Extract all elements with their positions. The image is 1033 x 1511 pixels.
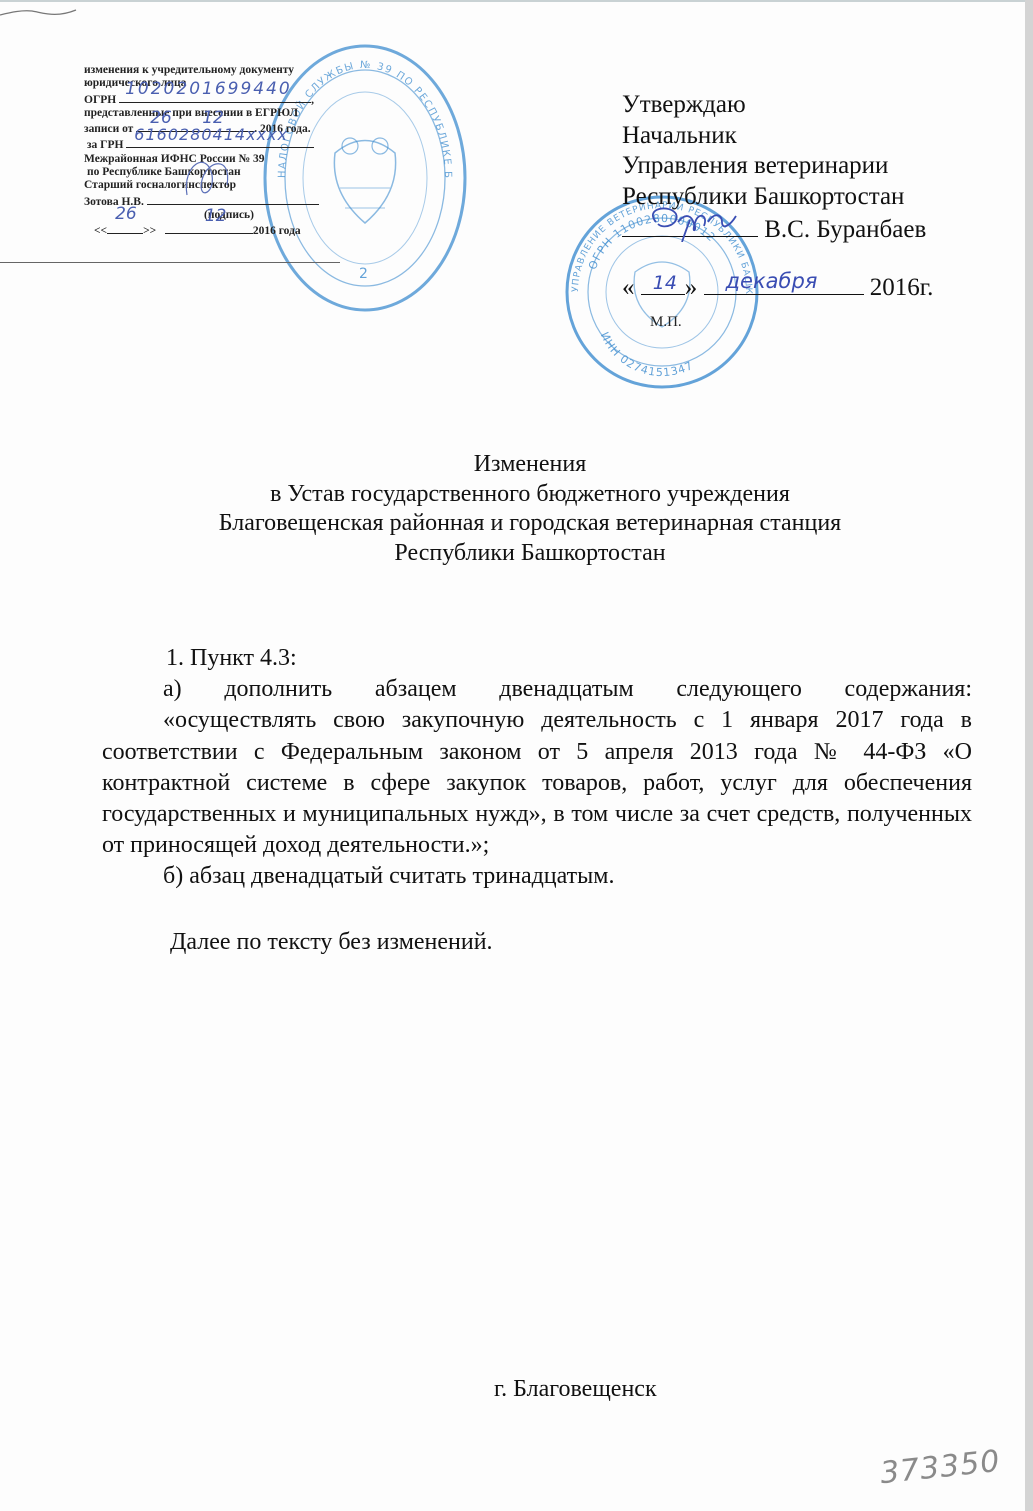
record-day-handwritten: 26 (150, 112, 172, 125)
ogrn-handwritten: 1020201699440 (125, 83, 292, 96)
ogrn-label: ОГРН (84, 94, 116, 106)
handwritten-number: 373350 (879, 1444, 1003, 1491)
approval-line-2: Начальник (622, 121, 933, 152)
date-open-bracket: << (94, 225, 107, 237)
reg-date-line: <<26>> 122016 года (84, 222, 329, 238)
approval-day-handwritten: 14 (653, 268, 677, 299)
title-line-1: Изменения (0, 450, 1033, 480)
date-close-bracket: >> (143, 225, 156, 237)
city-of-issue: г. Благовещенск (494, 1376, 657, 1403)
closing-statement: Далее по тексту без изменений. (102, 927, 972, 958)
registration-separator (0, 262, 340, 263)
approver-signature-field (622, 212, 758, 237)
approval-line-3: Управления ветеринарии (622, 151, 933, 182)
document-body: 1. Пункт 4.3: а) дополнить абзацем двена… (102, 643, 972, 958)
approval-month-field: декабря (704, 270, 864, 295)
date-open-quote: « (622, 274, 635, 301)
seal-caption: М.П. (650, 314, 682, 331)
inspector-signature (177, 145, 237, 205)
paragraph-spacer (102, 893, 972, 927)
approval-line-1: Утверждаю (622, 90, 933, 121)
pen-stroke-mark (0, 4, 80, 24)
registration-note: изменения к учредительному документу юри… (84, 64, 329, 239)
approval-year: 2016г. (870, 274, 934, 301)
reg-line-1: изменения к учредительному документу (84, 64, 329, 77)
approval-day-field: 14 (641, 270, 685, 295)
reg-day-handwritten: 26 (115, 208, 137, 221)
page-top-edge (0, 0, 1033, 2)
title-line-3: Благовещенская районная и городская вете… (0, 509, 1033, 539)
item-b: б) абзац двенадцатый считать тринадцатым… (102, 861, 972, 892)
date-close-quote: » (685, 274, 698, 301)
approval-signature-line: В.С. Буранбаев (622, 212, 933, 246)
reg-ogrn-line: ОГРН 1020201699440 , (84, 91, 329, 107)
approval-date-line: « 14» декабря 2016г. (622, 270, 933, 304)
record-label: записи от (84, 123, 133, 135)
reg-month-handwritten: 12 (205, 210, 227, 223)
stamp-center-number: 2 (359, 266, 368, 282)
signatory-name: В.С. Буранбаев (764, 216, 926, 243)
item-1-heading: 1. Пункт 4.3: (102, 643, 972, 674)
approval-block: Утверждаю Начальник Управления ветеринар… (622, 90, 933, 303)
ogrn-field: 1020201699440 (119, 91, 311, 103)
record-month-handwritten: 12 (202, 112, 224, 125)
reg-day-field: 26 (107, 222, 143, 234)
page-right-edge (1025, 0, 1033, 1511)
inspector-signature-field (147, 193, 319, 205)
approval-month-handwritten: декабря (726, 266, 818, 297)
item-a-intro: а) дополнить абзацем двенадцатым следующ… (102, 674, 972, 705)
reg-date-year: 2016 года (253, 225, 301, 237)
approver-signature (638, 200, 748, 242)
grn-handwritten: 6160280414xxxx (134, 128, 288, 141)
item-a-text: «осуществлять свою закупочную деятельнос… (102, 705, 972, 861)
title-line-4: Республики Башкортостан (0, 539, 1033, 569)
title-line-2: в Устав государственного бюджетного учре… (0, 480, 1033, 510)
grn-label: за ГРН (87, 139, 124, 151)
reg-month-field: 12 (165, 222, 253, 234)
document-title: Изменения в Устав государственного бюдже… (0, 450, 1033, 568)
